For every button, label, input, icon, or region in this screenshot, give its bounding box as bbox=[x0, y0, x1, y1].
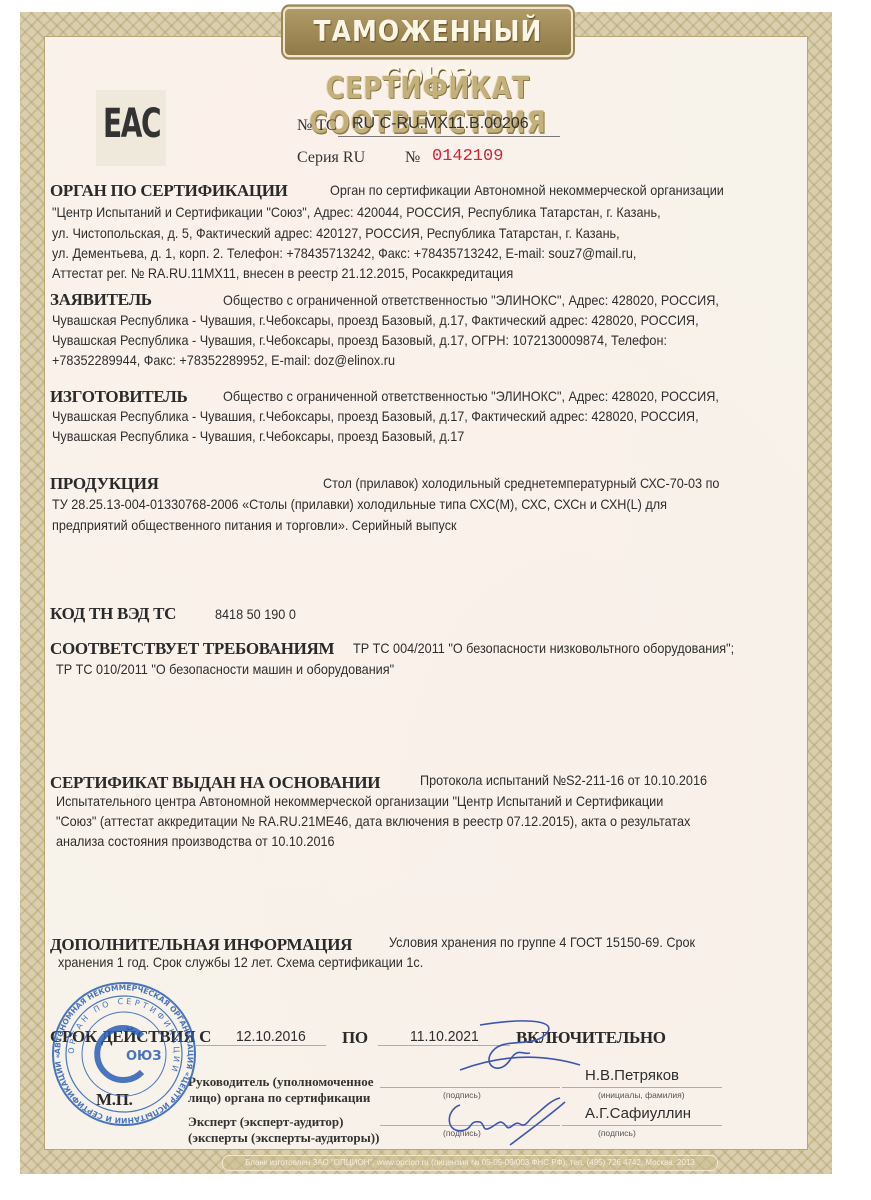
svg-text:ОЮЗ: ОЮЗ bbox=[126, 1049, 162, 1064]
customs-union-banner: ТАМОЖЕННЫЙ СОЮЗ bbox=[283, 7, 573, 58]
basis-line: "Союз" (аттестат аккредитации № RA.RU.21… bbox=[56, 814, 690, 829]
series-label: Серия RU bbox=[297, 149, 365, 167]
hs-code-heading: КОД ТН ВЭД ТС bbox=[50, 604, 176, 624]
validity-to-label: ПО bbox=[342, 1028, 368, 1048]
certification-body-line: "Центр Испытаний и Сертификации "Союз", … bbox=[52, 205, 661, 220]
head-signature-line bbox=[380, 1087, 560, 1088]
additional-info-line: Условия хранения по группе 4 ГОСТ 15150-… bbox=[389, 935, 695, 950]
validity-date-from: 12.10.2016 bbox=[236, 1028, 306, 1045]
requirements-line: ТР ТС 010/2011 "О безопасности машин и о… bbox=[56, 662, 394, 677]
requirements-heading: СООТВЕТСТВУЕТ ТРЕБОВАНИЯМ bbox=[50, 639, 334, 659]
requirements-line: ТР ТС 004/2011 "О безопасности низковоль… bbox=[353, 641, 734, 656]
expert-name: А.Г.Сафиуллин bbox=[585, 1105, 691, 1122]
applicant-line: Чувашская Республика - Чувашия, г.Чебокс… bbox=[52, 333, 667, 348]
applicant-line: Чувашская Республика - Чувашия, г.Чебокс… bbox=[52, 313, 699, 328]
expert-name-line bbox=[562, 1125, 722, 1126]
expert-label: Эксперт (эксперт-аудитор) (эксперты (экс… bbox=[188, 1114, 379, 1146]
tc-number: RU C-RU.MX11.B.00206 bbox=[352, 115, 529, 133]
date-from-line bbox=[196, 1045, 326, 1046]
head-name: Н.В.Петряков bbox=[585, 1067, 679, 1084]
product-line: предприятий общественного питания и торг… bbox=[52, 518, 457, 533]
hs-code-value: 8418 50 190 0 bbox=[215, 607, 296, 622]
head-signature-icon bbox=[440, 1015, 590, 1085]
basis-line: Испытательного центра Автономной некомме… bbox=[56, 794, 663, 809]
product-line: Стол (прилавок) холодильный среднетемпер… bbox=[323, 476, 719, 491]
applicant-line: +78352289944, Факс: +78352289952, E-mail… bbox=[52, 353, 395, 368]
tc-label: № ТС bbox=[297, 117, 337, 135]
applicant-line: Общество с ограниченной ответственностью… bbox=[223, 293, 719, 308]
certification-body-heading: ОРГАН ПО СЕРТИФИКАЦИИ bbox=[50, 181, 288, 201]
manufacturer-line: Чувашская Республика - Чувашия, г.Чебокс… bbox=[52, 409, 699, 424]
basis-line: анализа состояния производства от 10.10.… bbox=[56, 834, 335, 849]
manufacturer-heading: ИЗГОТОВИТЕЛЬ bbox=[50, 387, 187, 407]
basis-line: Протокола испытаний №S2-211-16 от 10.10.… bbox=[420, 773, 707, 788]
head-name-caption: (инициалы, фамилия) bbox=[598, 1090, 685, 1100]
manufacturer-line: Общество с ограниченной ответственностью… bbox=[223, 389, 719, 404]
head-label: Руководитель (уполномоченное лицо) орган… bbox=[188, 1074, 374, 1106]
applicant-heading: ЗАЯВИТЕЛЬ bbox=[50, 290, 152, 310]
organization-stamp-icon: АВТОНОМНАЯ НЕКОММЕРЧЕСКАЯ ОРГАНИЗАЦИЯ «Ц… bbox=[50, 980, 198, 1128]
expert-signature-icon bbox=[440, 1090, 580, 1150]
certification-body-line: Орган по сертификации Автономной некомме… bbox=[330, 183, 724, 198]
manufacturer-line: Чувашская Республика - Чувашия, г.Чебокс… bbox=[52, 429, 464, 444]
expert-name-caption: (подпись) bbox=[598, 1128, 636, 1138]
number-sign: № bbox=[405, 149, 420, 167]
additional-info-heading: ДОПОЛНИТЕЛЬНАЯ ИНФОРМАЦИЯ bbox=[50, 935, 352, 955]
svg-text:ОРГАН ПО СЕРТИФИКАЦИИ: ОРГАН ПО СЕРТИФИКАЦИИ bbox=[67, 997, 181, 1075]
additional-info-line: хранения 1 год. Срок службы 12 лет. Схем… bbox=[58, 955, 423, 970]
certification-body-line: ул. Дементьева, д. 1, корп. 2. Телефон: … bbox=[52, 246, 636, 261]
basis-heading: СЕРТИФИКАТ ВЫДАН НА ОСНОВАНИИ bbox=[50, 773, 380, 793]
product-line: ТУ 28.25.13-004-01330768-2006 «Столы (пр… bbox=[52, 497, 667, 512]
certification-body-line: ул. Чистопольская, д. 5, Фактический адр… bbox=[52, 226, 620, 241]
head-name-line bbox=[562, 1087, 722, 1088]
form-footer: Бланк изготовлен ЗАО "ОПЦИОН", www.opcio… bbox=[222, 1155, 718, 1171]
product-heading: ПРОДУКЦИЯ bbox=[50, 474, 159, 494]
eac-logo: ЕАС bbox=[103, 104, 160, 144]
series-number: 0142109 bbox=[432, 147, 503, 166]
certification-body-line: Аттестат рег. № RA.RU.11MX11, внесен в р… bbox=[52, 266, 513, 281]
tc-underline bbox=[338, 136, 560, 137]
